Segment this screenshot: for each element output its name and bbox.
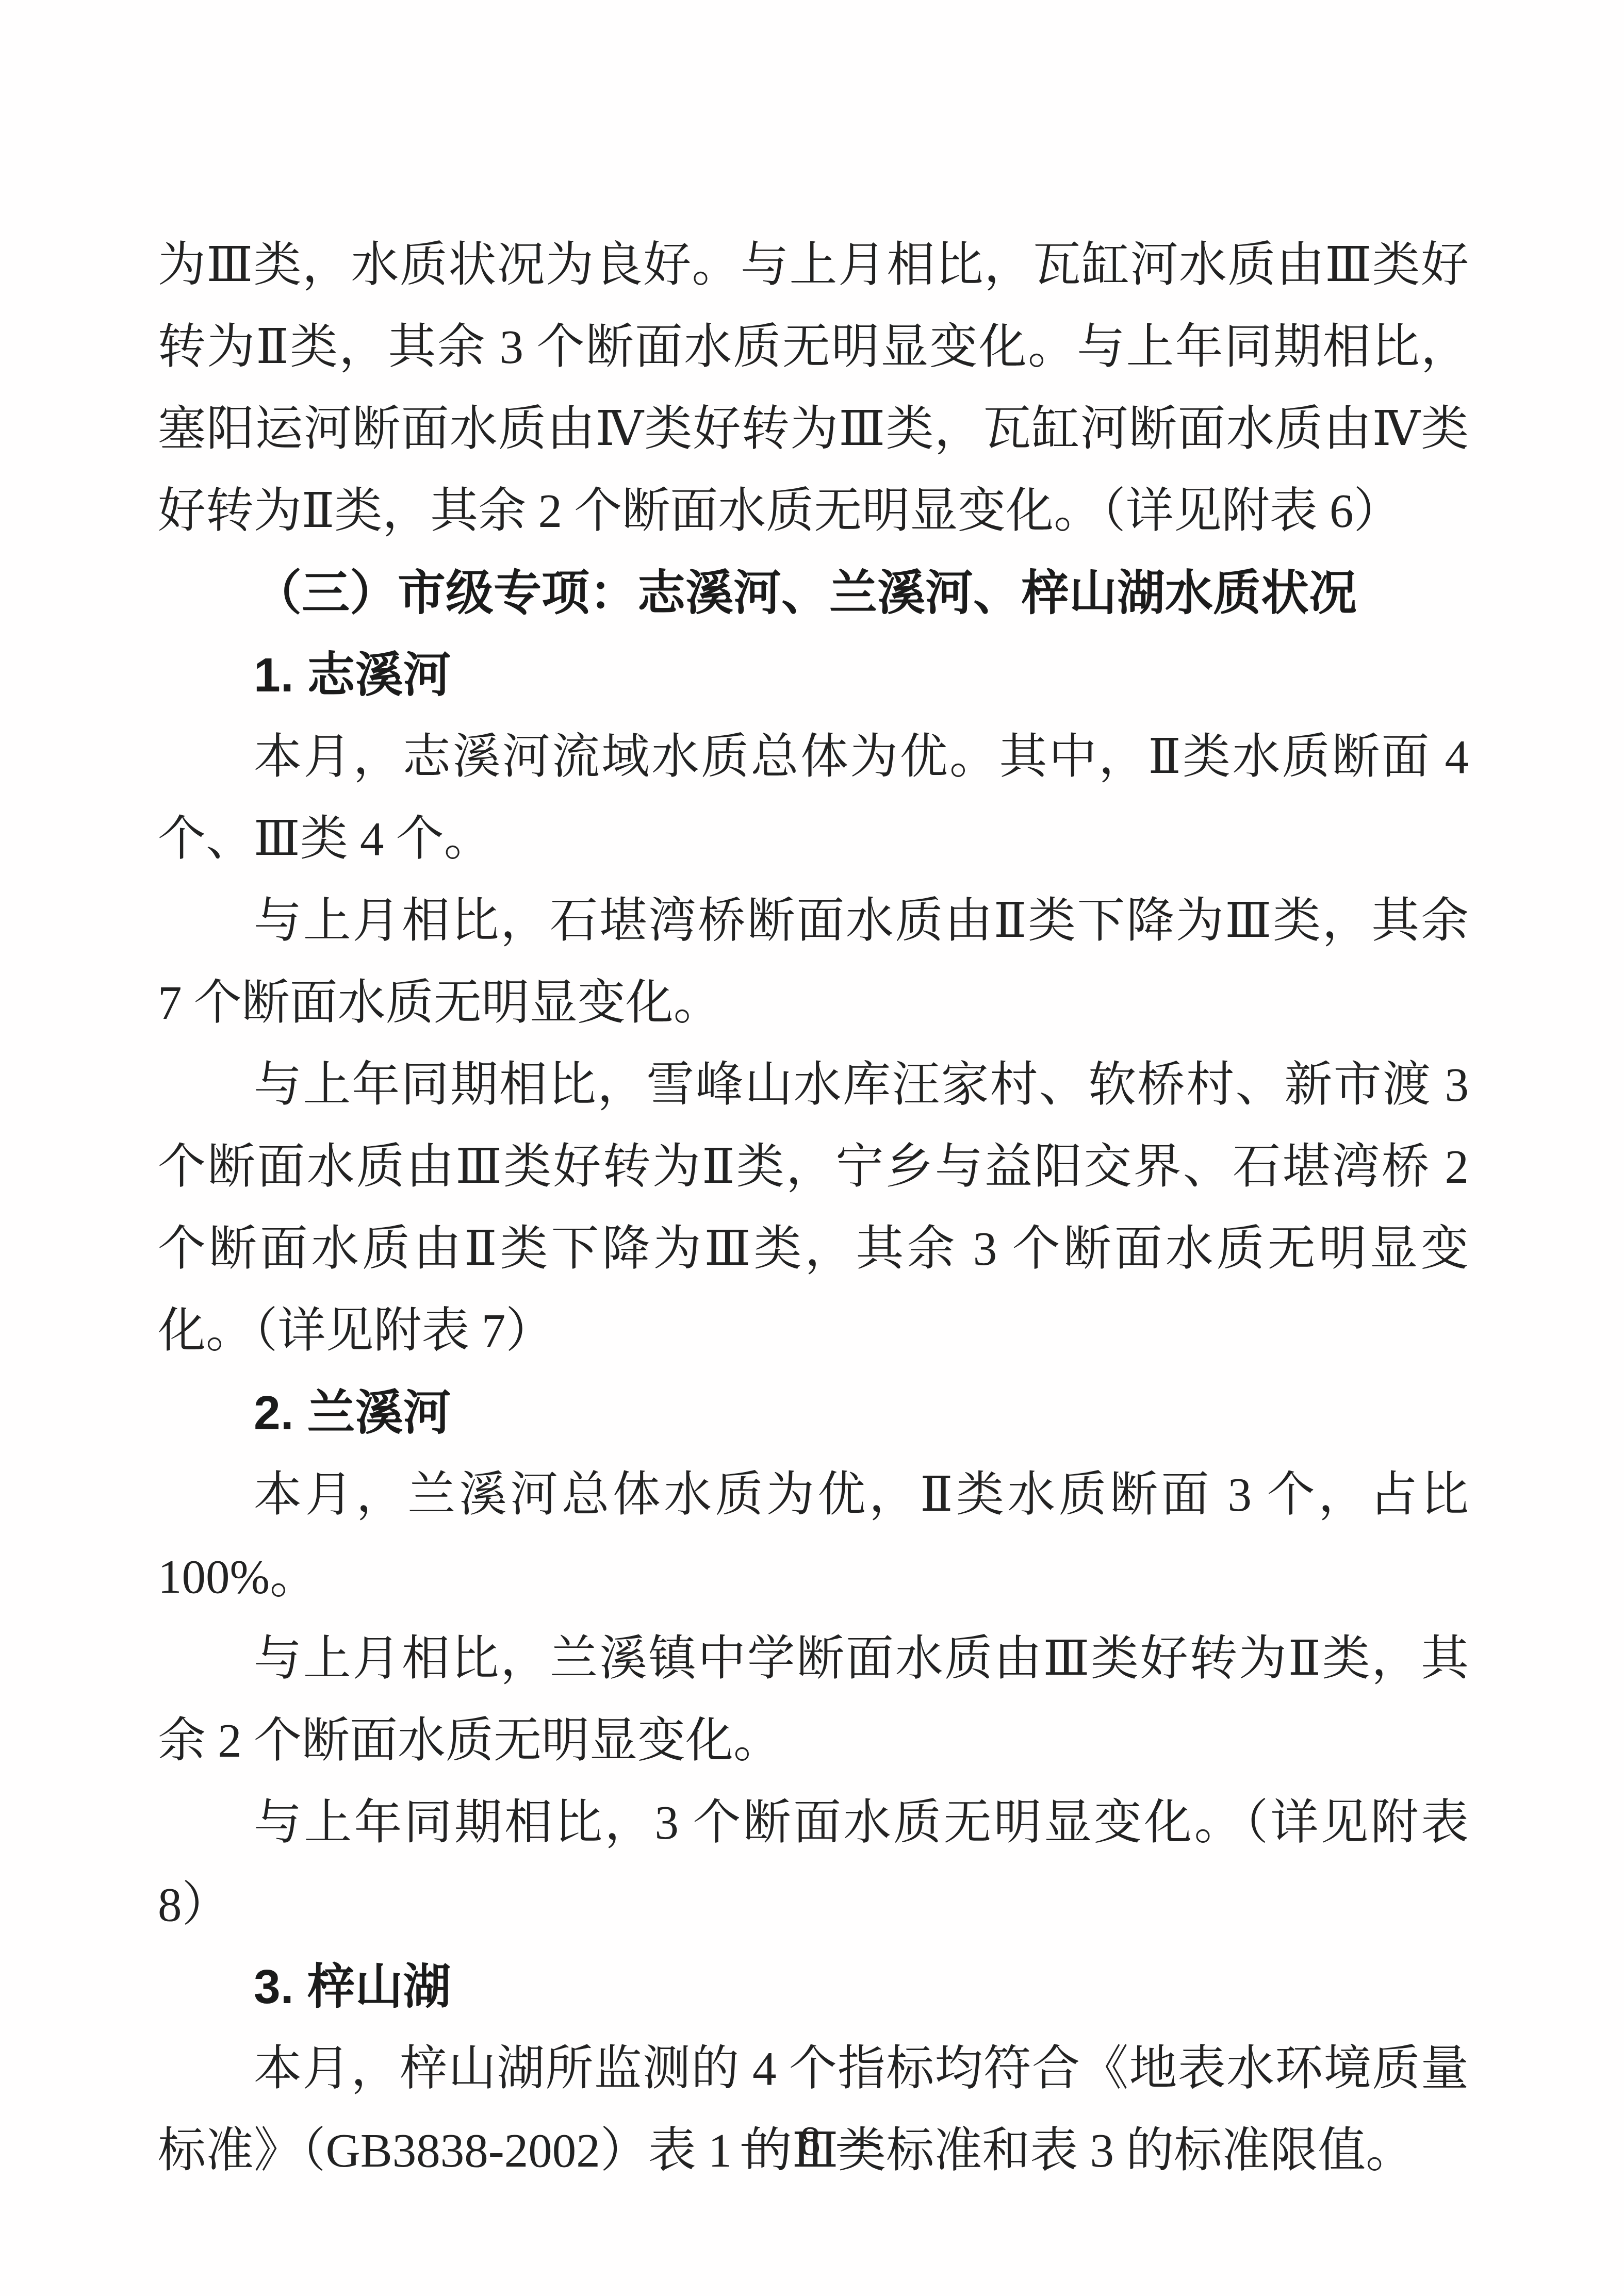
sub-heading: 3. 梓山湖: [158, 1946, 1469, 2028]
paragraph: 与上月相比，石堪湾桥断面水质由Ⅱ类下降为Ⅲ类，其余 7 个断面水质无明显变化。: [158, 880, 1469, 1044]
paragraph: 与上月相比，兰溪镇中学断面水质由Ⅲ类好转为Ⅱ类，其余 2 个断面水质无明显变化。: [158, 1618, 1469, 1782]
sub-heading: 2. 兰溪河: [158, 1372, 1469, 1454]
paragraph: 本月，兰溪河总体水质为优，Ⅱ类水质断面 3 个，占比 100%。: [158, 1454, 1469, 1618]
document-page: 为Ⅲ类，水质状况为良好。与上月相比，瓦缸河水质由Ⅲ类好转为Ⅱ类，其余 3 个断面…: [0, 0, 1624, 2296]
sub-heading: 1. 志溪河: [158, 634, 1469, 716]
page-number: — 8 —: [0, 2118, 1624, 2165]
section-heading: （三）市级专项：志溪河、兰溪河、梓山湖水质状况: [158, 552, 1469, 634]
paragraph: 本月，志溪河流域水质总体为优。其中，Ⅱ类水质断面 4 个、Ⅲ类 4 个。: [158, 716, 1469, 880]
paragraph: 本月，梓山湖所监测的 4 个指标均符合《地表水环境质量标准》（GB3838-20…: [158, 2028, 1469, 2192]
paragraph: 与上年同期相比，3 个断面水质无明显变化。（详见附表 8）: [158, 1782, 1469, 1946]
paragraph: 与上年同期相比，雪峰山水库汪家村、软桥村、新市渡 3 个断面水质由Ⅲ类好转为Ⅱ类…: [158, 1044, 1469, 1372]
paragraph: 为Ⅲ类，水质状况为良好。与上月相比，瓦缸河水质由Ⅲ类好转为Ⅱ类，其余 3 个断面…: [158, 224, 1469, 552]
text-block: 为Ⅲ类，水质状况为良好。与上月相比，瓦缸河水质由Ⅲ类好转为Ⅱ类，其余 3 个断面…: [158, 224, 1469, 2192]
